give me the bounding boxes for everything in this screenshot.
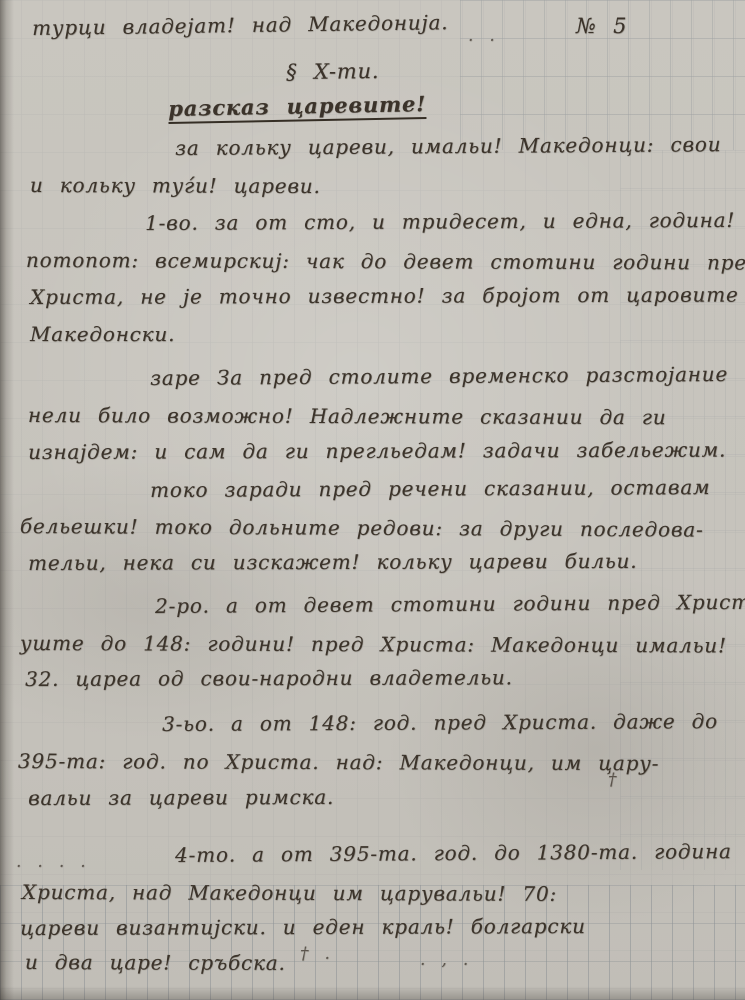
manuscript-line: вальи за цареви римска. <box>28 785 334 810</box>
manuscript-line: токо заради пред речени сказании, остава… <box>150 475 710 502</box>
manuscript-line: нели било возможно! Надлежните сказании … <box>28 403 667 429</box>
manuscript-line: цареви византијски. и еден краль! болгар… <box>20 914 586 940</box>
manuscript-line: 32. цареа од свои-народни владетельи. <box>25 665 513 691</box>
manuscript-line: бельешки! токо дольните редови: за други… <box>20 514 704 542</box>
section-heading: § X-ти. <box>286 59 379 84</box>
manuscript-line: 3-ьо. а от 148: год. пред Христа. даже д… <box>162 709 718 736</box>
manuscript-line: Христа, не је точно известно! за бројот … <box>30 283 739 309</box>
ink-mark: † . <box>300 944 331 964</box>
manuscript-line: и кольку туѓи! цареви. <box>30 173 321 198</box>
manuscript-line: Христа, над Македонци им царувальи! 70: <box>22 880 557 906</box>
ink-mark: . . <box>468 26 496 46</box>
ink-mark: . , . <box>420 950 469 970</box>
manuscript-line: 395-та: год. по Христа. над: Македонци, … <box>18 749 659 775</box>
manuscript-line: Македонски. <box>30 322 175 346</box>
manuscript-line: 2-ро. а от девет стотини години пред Хри… <box>155 590 745 618</box>
manuscript-line: и два царе! сръбска. <box>25 950 286 975</box>
ink-mark: † <box>608 770 617 790</box>
manuscript-line: изнајдем: и сам да ги прегльедам! задачи… <box>28 438 726 464</box>
chapter-title-underlined: разсказ царевите! <box>168 91 426 124</box>
manuscript-line: заре За пред столите временско разстојан… <box>150 362 728 390</box>
manuscript-page: № 5 § X-ти. разсказ царевите! турци влад… <box>0 0 745 1000</box>
manuscript-line: 1-во. за от сто, и тридесет, и една, год… <box>145 208 745 235</box>
ink-mark: . . . . <box>16 852 86 872</box>
manuscript-line: тельи, нека си изскажет! кольку цареви б… <box>28 549 637 575</box>
scan-edge-shadow-bottom <box>0 986 745 1000</box>
manuscript-line: за кольку цареви, имальи! Македонци: сво… <box>175 132 721 160</box>
manuscript-line: турци владејат! над Македонија. <box>32 10 449 40</box>
manuscript-line: потопот: всемирскиј: чак до девет стотин… <box>26 248 745 275</box>
manuscript-line: уште до 148: години! пред Христа: Македо… <box>20 631 727 657</box>
page-number-mark: № 5 <box>576 14 627 38</box>
manuscript-line: 4-то. а от 395-та. год. до 1380-та. годи… <box>175 839 732 867</box>
scan-edge-shadow-left <box>0 0 14 1000</box>
